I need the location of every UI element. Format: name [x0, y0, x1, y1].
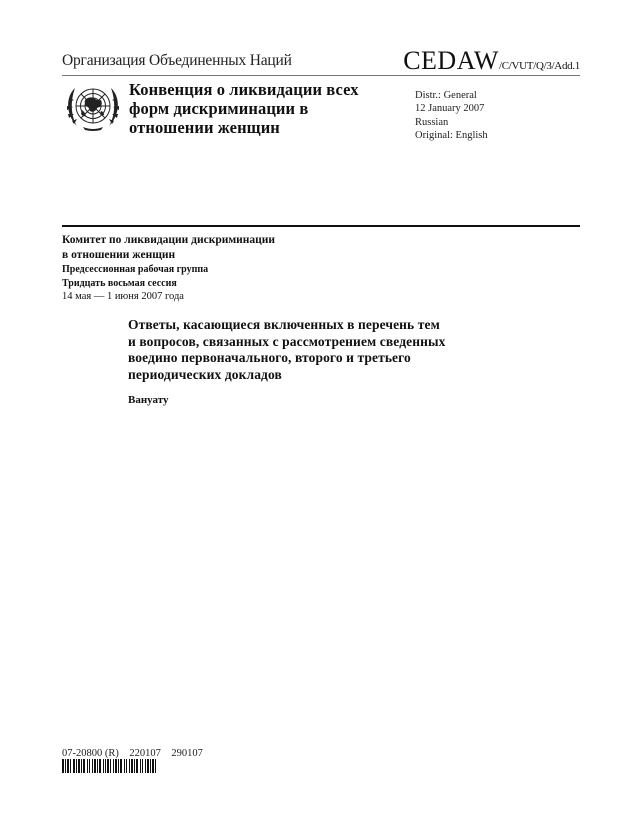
document-title-line: и вопросов, связанных с рассмотрением св… — [128, 334, 445, 351]
convention-title-line: Конвенция о ликвидации всех — [129, 80, 359, 99]
symbol-main: CEDAW — [403, 46, 499, 75]
header-divider — [62, 75, 580, 76]
committee-name-line: Комитет по ликвидации дискриминации — [62, 233, 275, 248]
document-title-line: периодических докладов — [128, 367, 445, 384]
session-dates: 14 мая — 1 июня 2007 года — [62, 290, 275, 304]
committee-block: Комитет по ликвидации дискриминации в от… — [62, 233, 275, 304]
session: Тридцать восьмая сессия — [62, 277, 275, 291]
barcode-icon — [62, 759, 177, 773]
document-symbol: CEDAW/C/VUT/Q/3/Add.1 — [403, 46, 580, 76]
distribution-block: Distr.: General 12 January 2007 Russian … — [415, 89, 488, 143]
convention-title-line: отношении женщин — [129, 118, 359, 137]
document-title-line: воедино первоначального, второго и треть… — [128, 350, 445, 367]
convention-title: Конвенция о ликвидации всех форм дискрим… — [129, 80, 359, 137]
committee-name-line: в отношении женщин — [62, 248, 275, 263]
convention-title-line: форм дискриминации в — [129, 99, 359, 118]
distribution-language: Russian — [415, 116, 488, 129]
section-divider — [62, 225, 580, 227]
working-group: Предсессионная рабочая группа — [62, 263, 275, 277]
document-title: Ответы, касающиеся включенных в перечень… — [128, 317, 445, 383]
organization-name: Организация Объединенных Наций — [62, 52, 292, 70]
distribution-line: Distr.: General — [415, 89, 488, 102]
country-name: Вануату — [128, 394, 169, 406]
distribution-original: Original: English — [415, 129, 488, 142]
document-title-line: Ответы, касающиеся включенных в перечень… — [128, 317, 445, 334]
un-emblem-icon — [63, 80, 123, 132]
distribution-date: 12 January 2007 — [415, 102, 488, 115]
job-number: 07-20800 (R) 220107 290107 — [62, 748, 203, 759]
symbol-suffix: /C/VUT/Q/3/Add.1 — [499, 60, 580, 72]
